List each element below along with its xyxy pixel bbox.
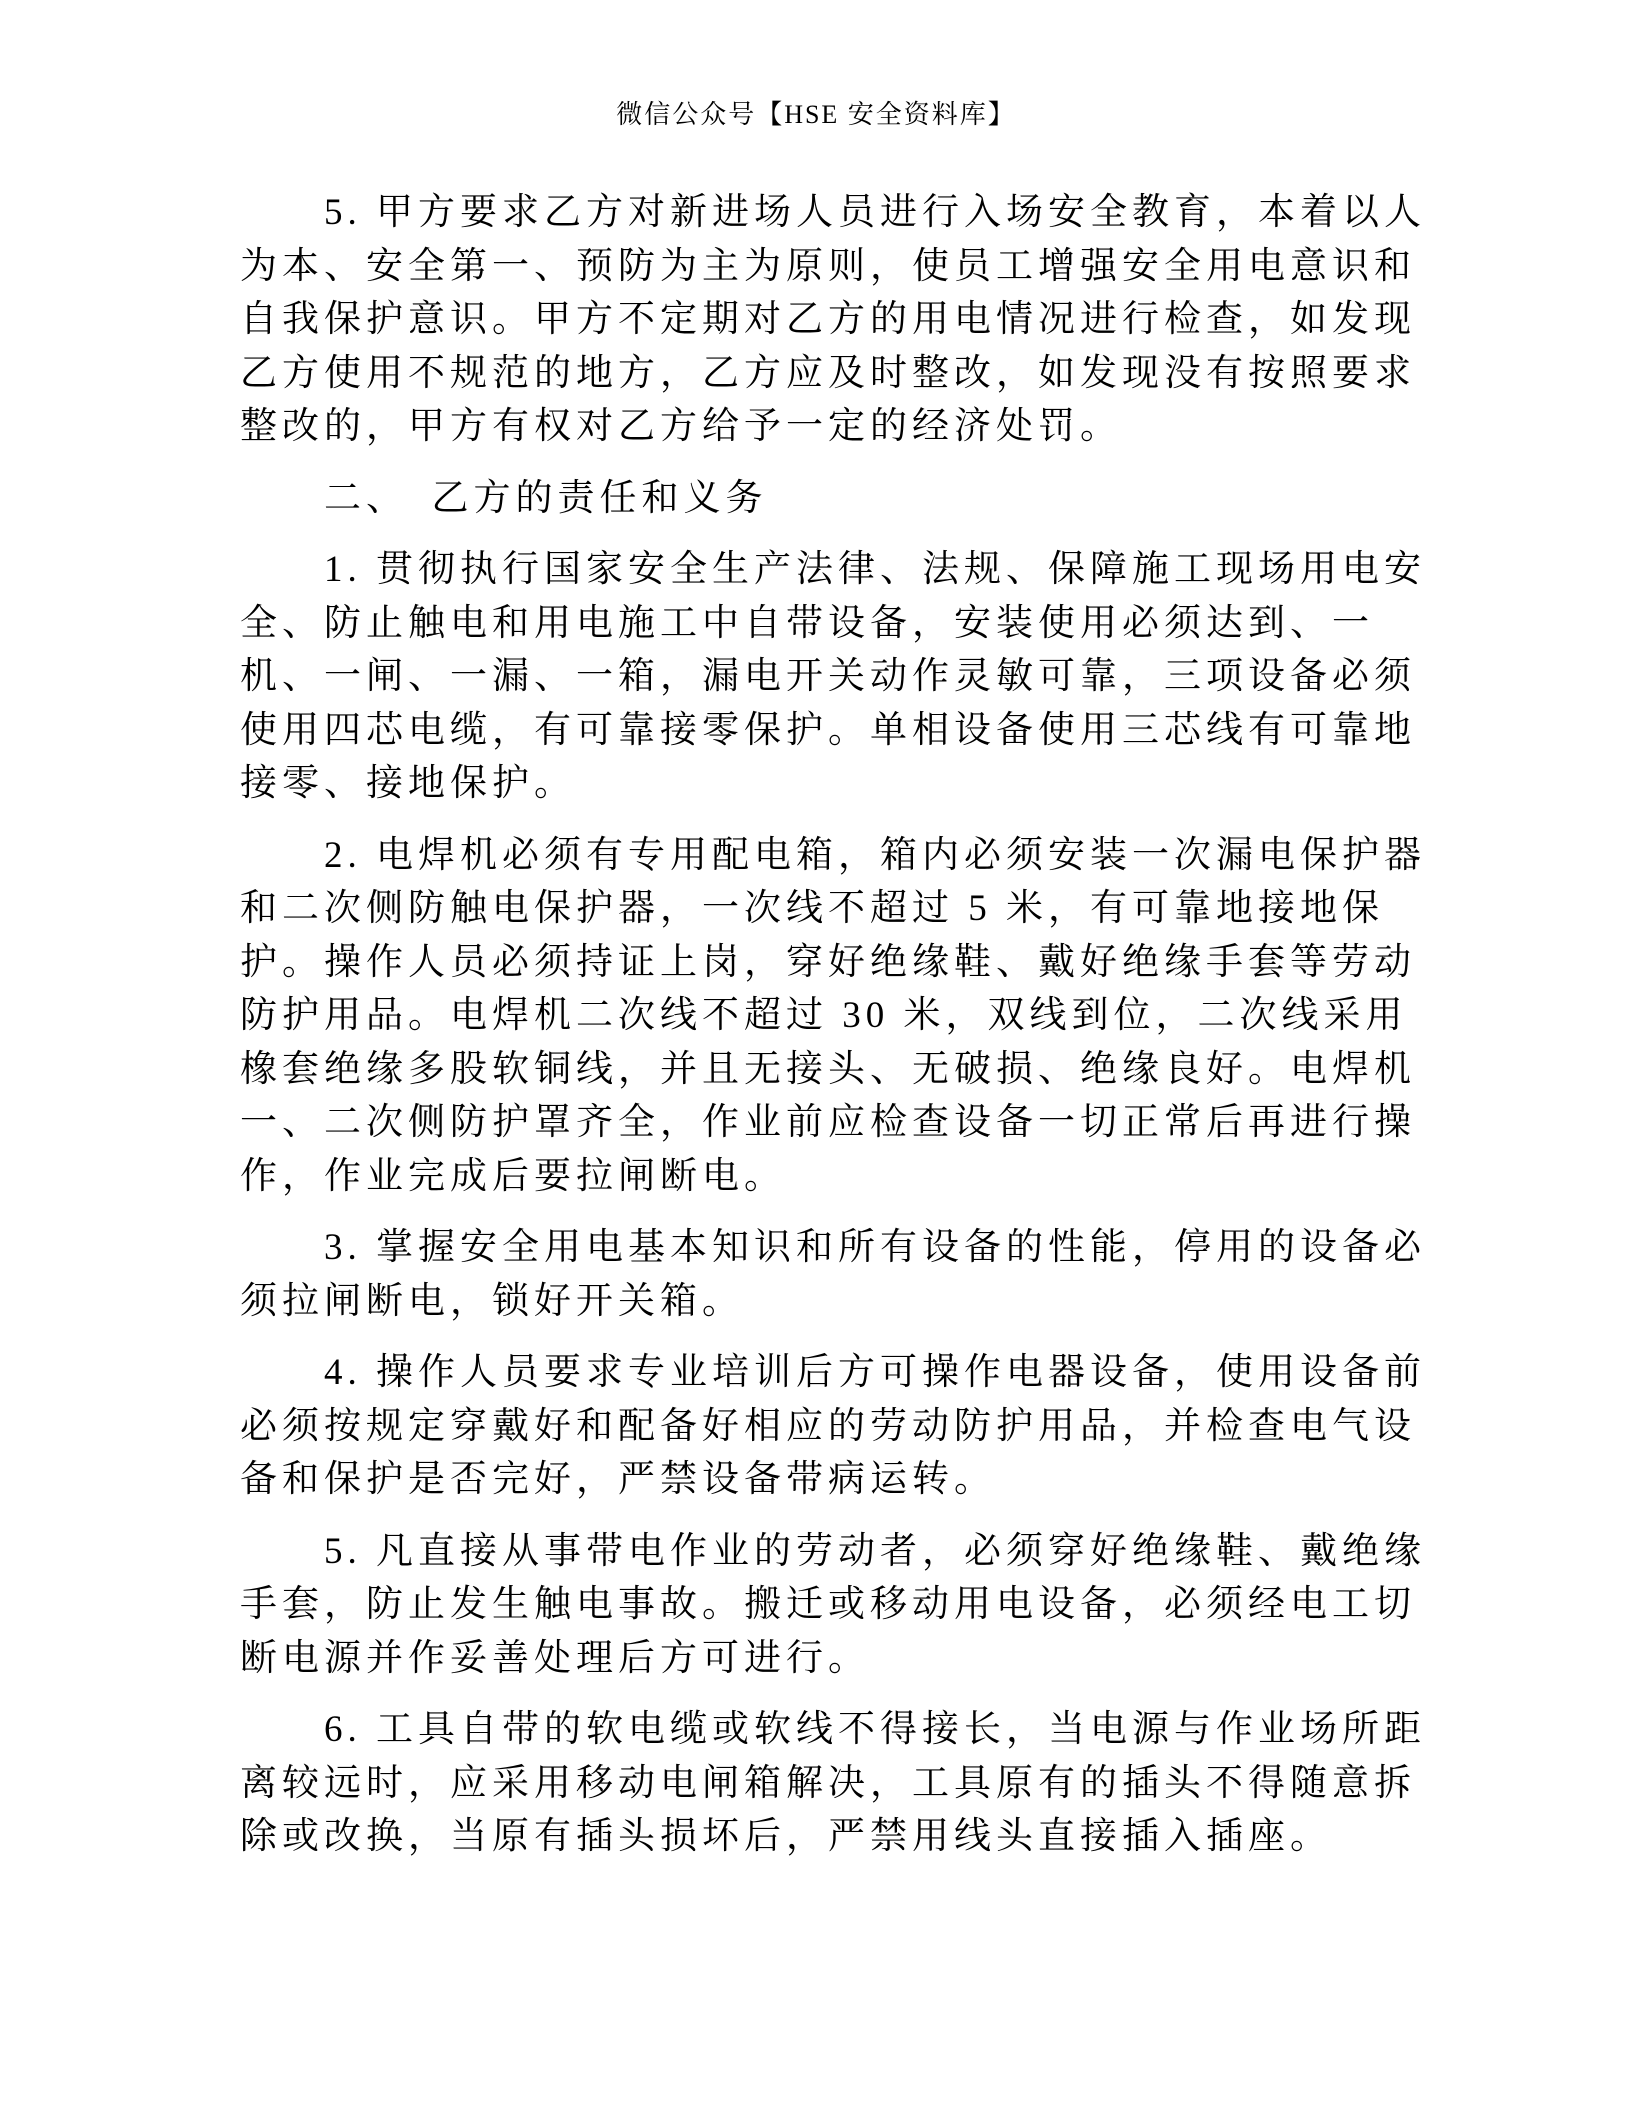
clause-1-item-5: 5. 甲方要求乙方对新进场人员进行入场安全教育，本着以人为本、安全第一、预防为主… [240,186,1440,454]
section-2-heading: 二、 乙方的责任和义务 [240,472,1440,526]
document-page: 微信公众号【HSE 安全资料库】 5. 甲方要求乙方对新进场人员进行入场安全教育… [0,0,1632,2112]
clause-2-item-5: 5. 凡直接从事带电作业的劳动者，必须穿好绝缘鞋、戴绝缘手套，防止发生触电事故。… [240,1525,1440,1686]
clause-2-item-1: 1. 贯彻执行国家安全生产法律、法规、保障施工现场用电安全、防止触电和用电施工中… [240,543,1440,811]
page-header-text: 微信公众号【HSE 安全资料库】 [0,94,1632,131]
clause-2-item-3: 3. 掌握安全用电基本知识和所有设备的性能，停用的设备必须拉闸断电，锁好开关箱。 [240,1221,1440,1328]
document-body: 5. 甲方要求乙方对新进场人员进行入场安全教育，本着以人为本、安全第一、预防为主… [240,186,1440,1882]
clause-2-item-6: 6. 工具自带的软电缆或软线不得接长，当电源与作业场所距离较远时，应采用移动电闸… [240,1703,1440,1864]
clause-2-item-2: 2. 电焊机必须有专用配电箱，箱内必须安装一次漏电保护器和二次侧防触电保护器，一… [240,829,1440,1204]
clause-2-item-4: 4. 操作人员要求专业培训后方可操作电器设备，使用设备前必须按规定穿戴好和配备好… [240,1346,1440,1507]
